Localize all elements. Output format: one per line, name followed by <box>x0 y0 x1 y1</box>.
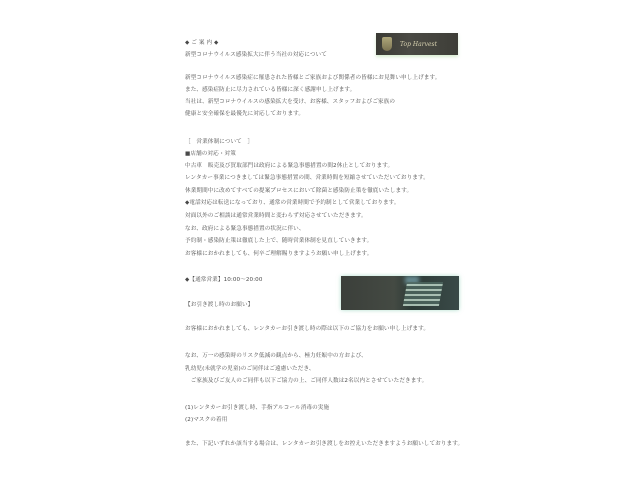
building-photo <box>341 276 459 310</box>
rental-line: お客様におかれましても、レンタカーお引き渡し時の際は以下のご協力をお願い申し上げ… <box>185 326 429 333</box>
business-line: 予約制・感染防止策は徹底した上で、随時営業体制を見直していきます。 <box>185 238 372 245</box>
intro-line: 健康と安全確保を最優先に対応しております。 <box>185 111 304 118</box>
rental-item: (1)レンタカーお引き渡し時、手指アルコール消毒の実施 <box>185 405 329 412</box>
rental-footer: また、下記いずれか該当する場合は、レンタカーお引き渡しをお控えいただきますようお… <box>185 441 463 448</box>
business-subheading: ■店舗の対応・対策 <box>185 151 236 158</box>
notice-subtitle: 新型コロナウイルス感染拡大に伴う当社の対応について <box>185 52 327 59</box>
business-line: お客様におかれましても、何卒ご理解賜りますようお願い申し上げます。 <box>185 251 372 258</box>
notice-header-title: ◆ ご 案 内 ◆ <box>185 40 218 47</box>
business-line: なお、政府による緊急事態措置の状況に伴い、 <box>185 226 305 233</box>
intro-line: 新型コロナウイルス感染症に罹患された皆様とご家族および関係者の皆様にお見舞い申し… <box>185 75 440 82</box>
rental-line: ご家族及びご友人のご同伴も以下ご協力の上、ご同伴人数は2名以内とさせていただきま… <box>185 378 427 385</box>
rental-line: 乳幼児(未就学の児童)のご同伴はご遠慮いただき、 <box>185 366 315 373</box>
business-line: 休業期間中に改めてすべての提案プロセスにおいて除菌と感染防止策を徹底いたします。 <box>185 188 412 195</box>
business-line: 対面以外のご相談は通常営業時間と変わらず対応させていただきます。 <box>185 213 367 220</box>
intro-line: また、感染症防止に尽力されている皆様に深く感謝申し上げます。 <box>185 87 355 94</box>
crest-icon <box>382 37 392 51</box>
rental-item: (2)マスクの着用 <box>185 417 227 424</box>
business-line: レンタカー事業につきましては緊急事態措置の間、営業時間を短縮させていただいており… <box>185 175 429 182</box>
business-line: ◆電話対応は転送になっており、通常の営業時間で予約制として営業しております。 <box>185 200 400 207</box>
company-logo: Top Harvest <box>376 33 458 55</box>
business-hours: ◆【通常営業】10:00～20:00 <box>185 277 263 284</box>
business-line: 中古車 販売及び買取部門は政府による緊急事態措置の間2休止としております。 <box>185 163 393 170</box>
rental-line: なお、万一の感染時のリスク低減の観点から、極力妊娠中の方および、 <box>185 353 367 360</box>
rental-heading: 【お引き渡し時のお願い】 <box>185 302 253 309</box>
logo-brand-text: Top Harvest <box>400 41 437 48</box>
business-heading: ［ 営業体制について ］ <box>185 139 253 146</box>
intro-line: 当社は、新型コロナウイルスの感染拡大を受け、お客様、スタッフおよびご家族の <box>185 99 395 106</box>
